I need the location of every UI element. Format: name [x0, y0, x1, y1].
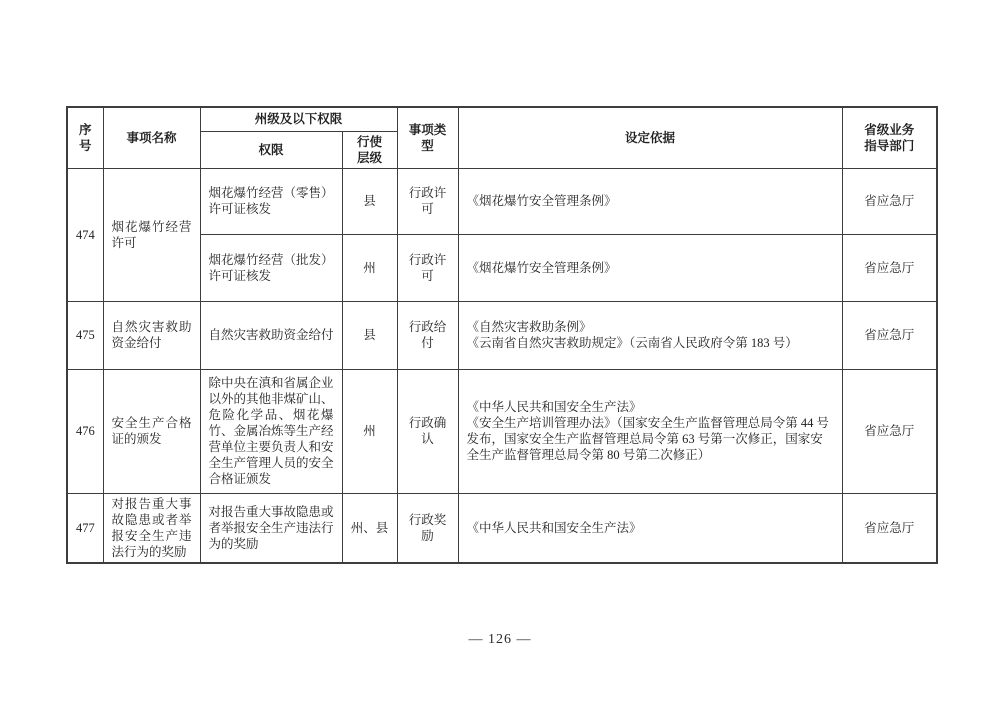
cell-474-retail-authority: 烟花爆竹经营（零售）许可证核发	[200, 168, 342, 234]
cell-477-no: 477	[67, 493, 103, 563]
header-col-authority: 权限	[200, 131, 342, 168]
header-col-dept-label: 省级业务指导部门	[863, 122, 916, 154]
cell-474-wholesale-dept: 省应急厅	[842, 234, 937, 301]
table-row-476: 476 安全生产合格证的颁发 除中央在滇和省属企业以外的其他非煤矿山、危险化学品…	[67, 369, 937, 493]
basis-line: 《烟花爆竹安全管理条例》	[467, 193, 834, 209]
cell-474-retail-level: 县	[342, 168, 397, 234]
cell-474-retail-basis: 《烟花爆竹安全管理条例》	[458, 168, 842, 234]
basis-line: 《烟花爆竹安全管理条例》	[467, 260, 834, 276]
cell-475-basis: 《自然灾害救助条例》 《云南省自然灾害救助规定》（云南省人民政府令第 183 号…	[458, 301, 842, 369]
header-col-no-label: 序号	[78, 122, 92, 154]
cell-475-type: 行政给付	[397, 301, 458, 369]
basis-line: 《中华人民共和国安全生产法》	[467, 520, 834, 536]
cell-475-item: 自然灾害救助资金给付	[103, 301, 200, 369]
cell-474-wholesale-level: 州	[342, 234, 397, 301]
cell-477-dept: 省应急厅	[842, 493, 937, 563]
header-col-type: 事项类型	[397, 107, 458, 168]
cell-475-no: 475	[67, 301, 103, 369]
page-number: — 126 —	[0, 632, 1000, 648]
header-col-level: 行使层级	[342, 131, 397, 168]
cell-474-wholesale-type: 行政许可	[397, 234, 458, 301]
cell-474-retail-dept: 省应急厅	[842, 168, 937, 234]
cell-476-level: 州	[342, 369, 397, 493]
cell-475-authority: 自然灾害救助资金给付	[200, 301, 342, 369]
cell-476-item: 安全生产合格证的颁发	[103, 369, 200, 493]
table-row-474-retail: 474 烟花爆竹经营许可 烟花爆竹经营（零售）许可证核发 县 行政许可 《烟花爆…	[67, 168, 937, 234]
cell-474-wholesale-authority: 烟花爆竹经营（批发）许可证核发	[200, 234, 342, 301]
cell-475-dept: 省应急厅	[842, 301, 937, 369]
cell-477-level: 州、县	[342, 493, 397, 563]
cell-476-no: 476	[67, 369, 103, 493]
header-col-basis: 设定依据	[458, 107, 842, 168]
header-row-1: 序号 事项名称 州级及以下权限 事项类型 设定依据 省级业务指导部门	[67, 107, 937, 131]
cell-474-retail-type: 行政许可	[397, 168, 458, 234]
header-col-no: 序号	[67, 107, 103, 168]
header-col-item: 事项名称	[103, 107, 200, 168]
cell-476-basis: 《中华人民共和国安全生产法》 《安全生产培训管理办法》（国家安全生产监督管理总局…	[458, 369, 842, 493]
authority-table: 序号 事项名称 州级及以下权限 事项类型 设定依据 省级业务指导部门 权限 行使…	[66, 106, 938, 564]
cell-474-item: 烟花爆竹经营许可	[103, 168, 200, 301]
header-col-group: 州级及以下权限	[200, 107, 397, 131]
header-col-dept: 省级业务指导部门	[842, 107, 937, 168]
cell-476-type: 行政确认	[397, 369, 458, 493]
basis-line: 《安全生产培训管理办法》（国家安全生产监督管理总局令第 44 号发布，国家安全生…	[467, 415, 834, 463]
cell-476-dept: 省应急厅	[842, 369, 937, 493]
cell-477-authority: 对报告重大事故隐患或者举报安全生产违法行为的奖励	[200, 493, 342, 563]
cell-477-item: 对报告重大事故隐患或者举报安全生产违法行为的奖励	[103, 493, 200, 563]
cell-477-basis: 《中华人民共和国安全生产法》	[458, 493, 842, 563]
cell-476-authority: 除中央在滇和省属企业以外的其他非煤矿山、危险化学品、烟花爆竹、金属冶炼等生产经营…	[200, 369, 342, 493]
header-col-level-label: 行使层级	[356, 134, 384, 166]
table-row-477: 477 对报告重大事故隐患或者举报安全生产违法行为的奖励 对报告重大事故隐患或者…	[67, 493, 937, 563]
basis-line: 《中华人民共和国安全生产法》	[467, 399, 834, 415]
cell-474-wholesale-basis: 《烟花爆竹安全管理条例》	[458, 234, 842, 301]
cell-475-level: 县	[342, 301, 397, 369]
table-row-475: 475 自然灾害救助资金给付 自然灾害救助资金给付 县 行政给付 《自然灾害救助…	[67, 301, 937, 369]
document-page: 序号 事项名称 州级及以下权限 事项类型 设定依据 省级业务指导部门 权限 行使…	[0, 0, 1000, 707]
basis-line: 《云南省自然灾害救助规定》（云南省人民政府令第 183 号）	[467, 335, 834, 351]
cell-477-type: 行政奖励	[397, 493, 458, 563]
cell-474-no: 474	[67, 168, 103, 301]
basis-line: 《自然灾害救助条例》	[467, 319, 834, 335]
